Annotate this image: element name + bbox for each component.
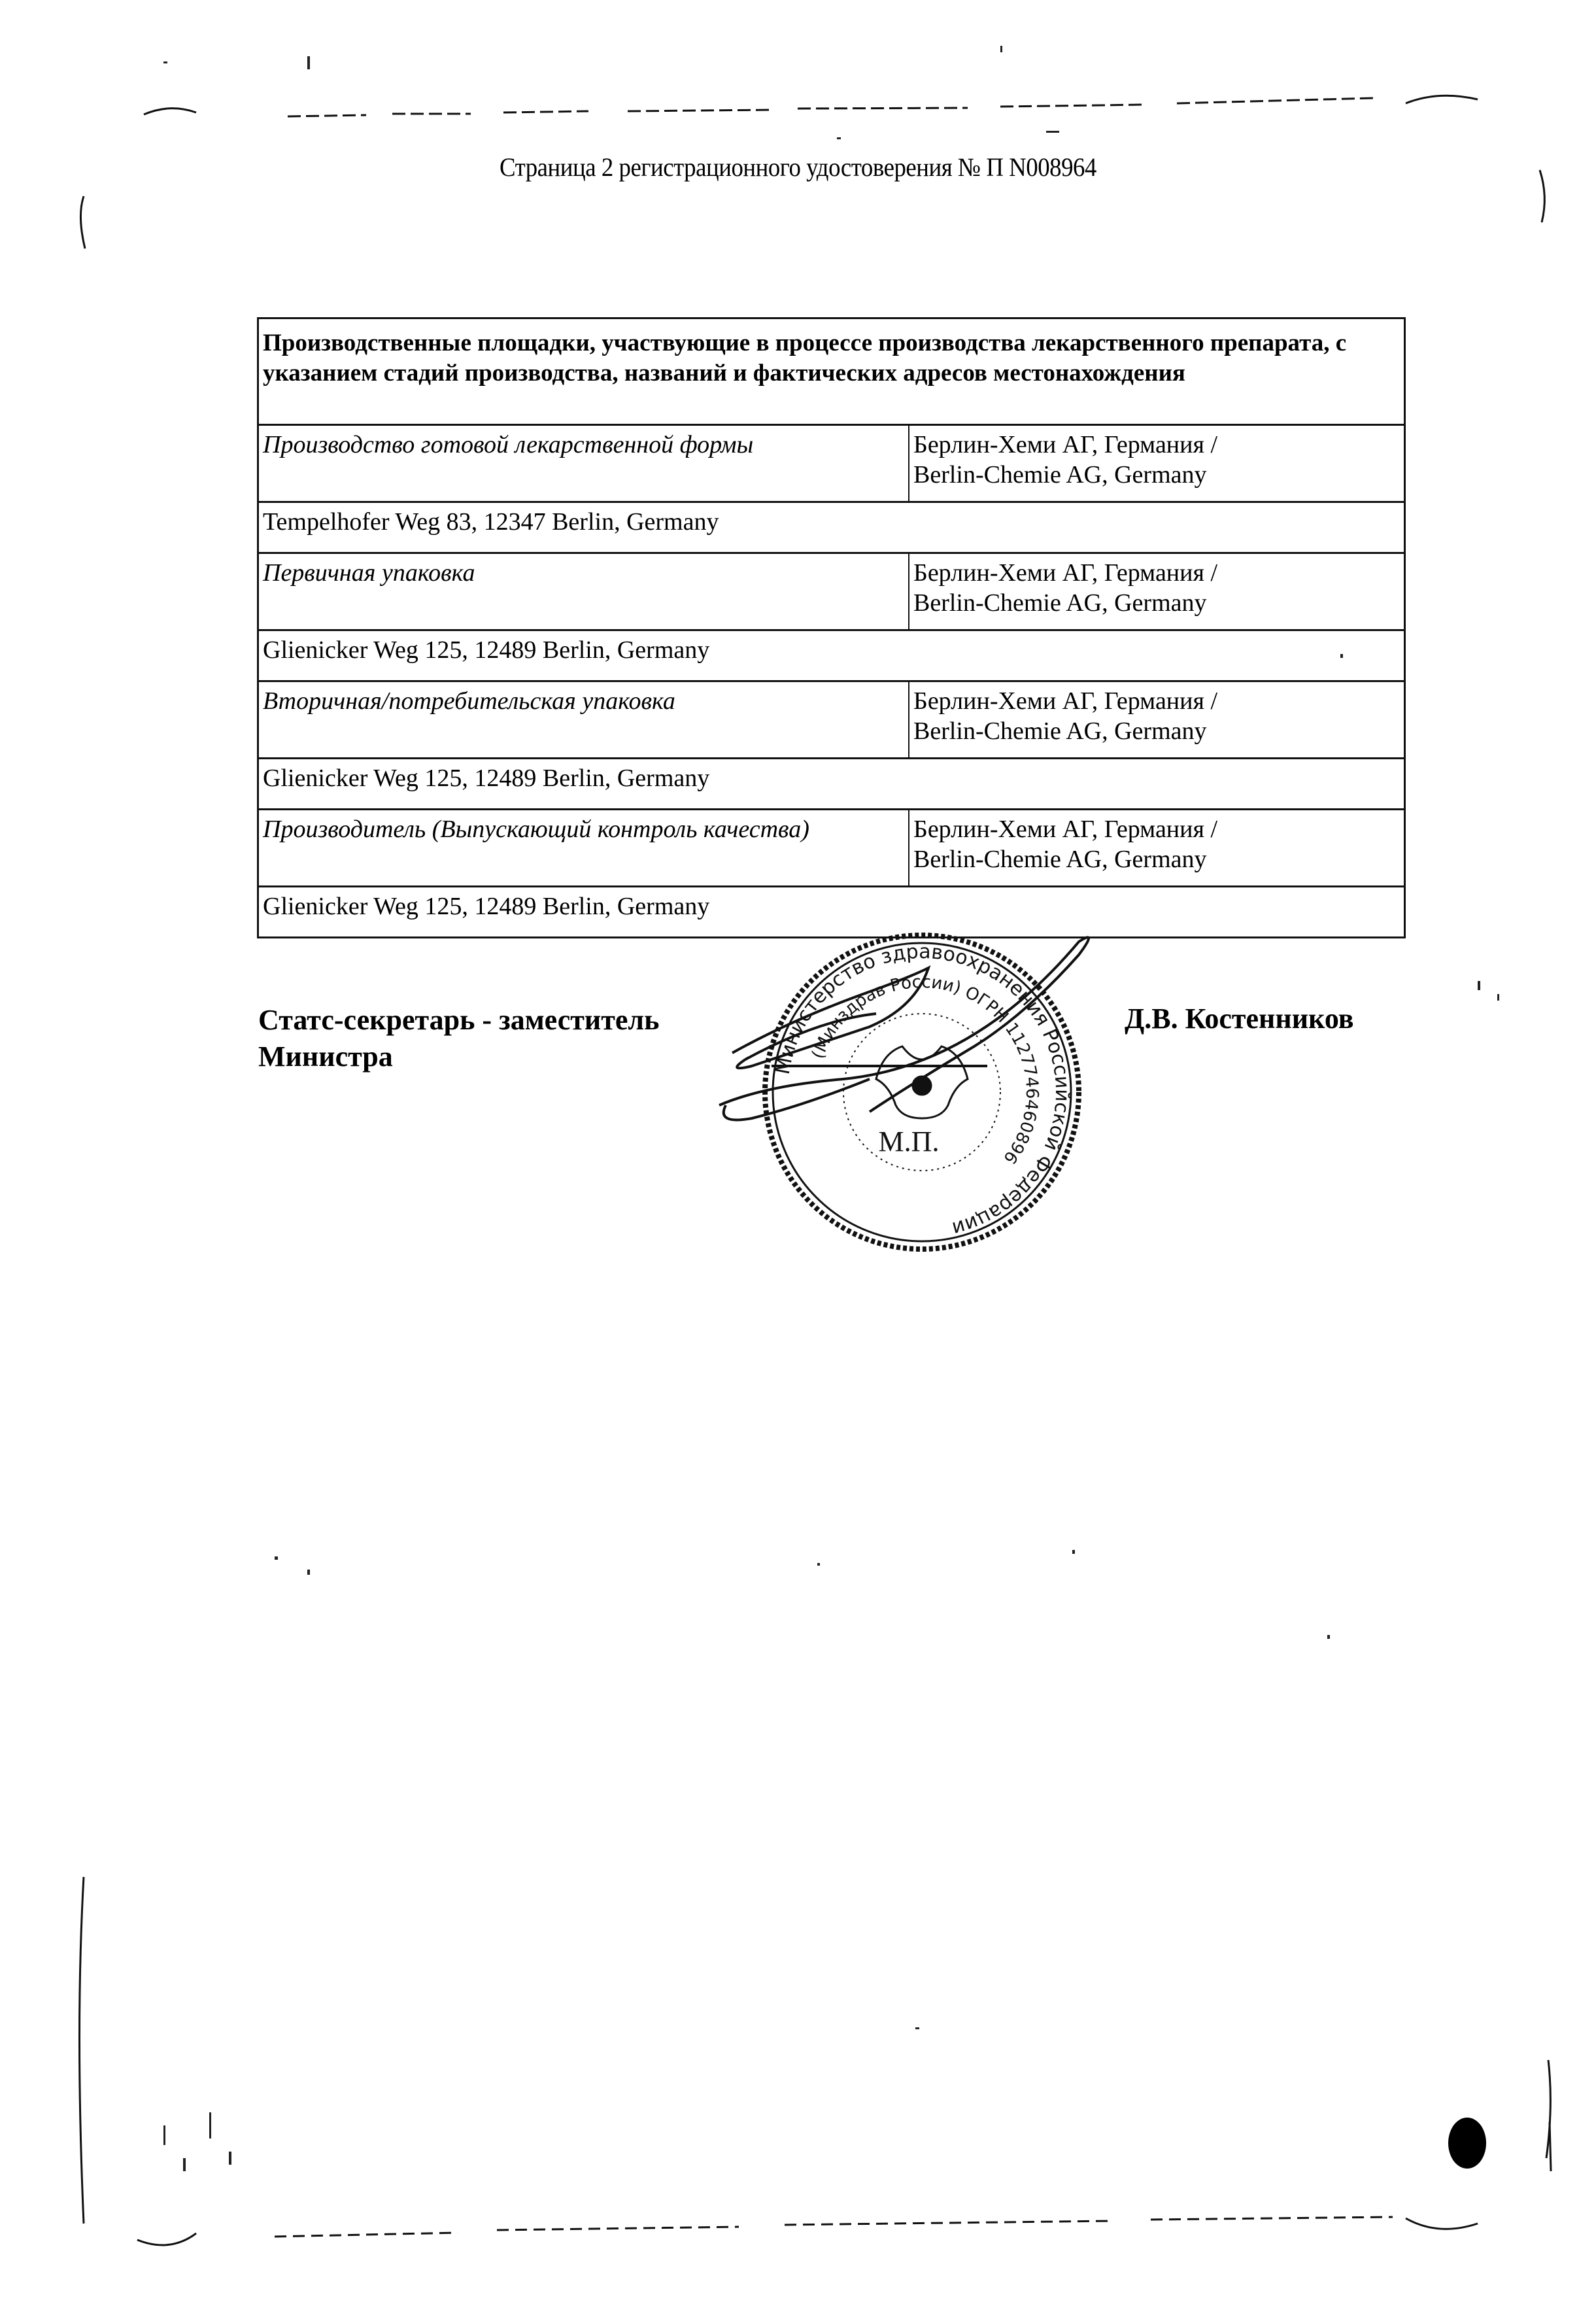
company-name-en: Berlin-Chemie AG, Germany xyxy=(913,716,1400,746)
company-name-ru: Берлин-Хеми АГ, Германия / xyxy=(913,558,1400,588)
address-cell: Glienicker Weg 125, 12489 Berlin, German… xyxy=(259,631,1404,680)
table-row: Вторичная/потребительская упаковка Берли… xyxy=(259,680,1404,757)
company-cell: Берлин-Хеми АГ, Германия / Berlin-Chemie… xyxy=(909,554,1404,629)
address-cell: Tempelhofer Weg 83, 12347 Berlin, German… xyxy=(259,503,1404,552)
table-row: Tempelhofer Weg 83, 12347 Berlin, German… xyxy=(259,501,1404,552)
punch-hole-mark xyxy=(1448,2118,1486,2169)
company-cell: Берлин-Хеми АГ, Германия / Berlin-Chemie… xyxy=(909,810,1404,885)
address-cell: Glienicker Weg 125, 12489 Berlin, German… xyxy=(259,759,1404,808)
table-header: Производственные площадки, участвующие в… xyxy=(259,319,1404,424)
stage-cell: Производитель (Выпускающий контроль каче… xyxy=(259,810,909,885)
company-cell: Берлин-Хеми АГ, Германия / Berlin-Chemie… xyxy=(909,426,1404,501)
company-name-en: Berlin-Chemie AG, Germany xyxy=(913,588,1400,618)
stage-cell: Первичная упаковка xyxy=(259,554,909,629)
official-stamp: Министерство здравоохранения Российской … xyxy=(713,916,1131,1269)
signatory-position-line2: Министра xyxy=(258,1039,659,1075)
company-cell: Берлин-Хеми АГ, Германия / Berlin-Chemie… xyxy=(909,682,1404,757)
table-row: Производство готовой лекарственной формы… xyxy=(259,424,1404,501)
company-name-ru: Берлин-Хеми АГ, Германия / xyxy=(913,814,1400,844)
table-row: Первичная упаковка Берлин-Хеми АГ, Герма… xyxy=(259,552,1404,629)
signatory-position-line1: Статс-секретарь - заместитель xyxy=(258,1002,659,1039)
table-row: Glienicker Weg 125, 12489 Berlin, German… xyxy=(259,629,1404,680)
signatory-name: Д.В. Костенников xyxy=(1125,1002,1354,1035)
company-name-en: Berlin-Chemie AG, Germany xyxy=(913,460,1400,490)
production-sites-table: Производственные площадки, участвующие в… xyxy=(257,317,1406,938)
table-row: Glienicker Weg 125, 12489 Berlin, German… xyxy=(259,757,1404,808)
signatory-position: Статс-секретарь - заместитель Министра xyxy=(258,1002,659,1075)
stage-cell: Вторичная/потребительская упаковка xyxy=(259,682,909,757)
company-name-ru: Берлин-Хеми АГ, Германия / xyxy=(913,686,1400,716)
table-header-row: Производственные площадки, участвующие в… xyxy=(259,319,1404,424)
company-name-ru: Берлин-Хеми АГ, Германия / xyxy=(913,430,1400,460)
stamp-center-label: М.П. xyxy=(879,1125,940,1158)
page-title: Страница 2 регистрационного удостоверени… xyxy=(64,152,1533,182)
stage-cell: Производство готовой лекарственной формы xyxy=(259,426,909,501)
company-name-en: Berlin-Chemie AG, Germany xyxy=(913,844,1400,874)
table-row: Производитель (Выпускающий контроль каче… xyxy=(259,808,1404,885)
